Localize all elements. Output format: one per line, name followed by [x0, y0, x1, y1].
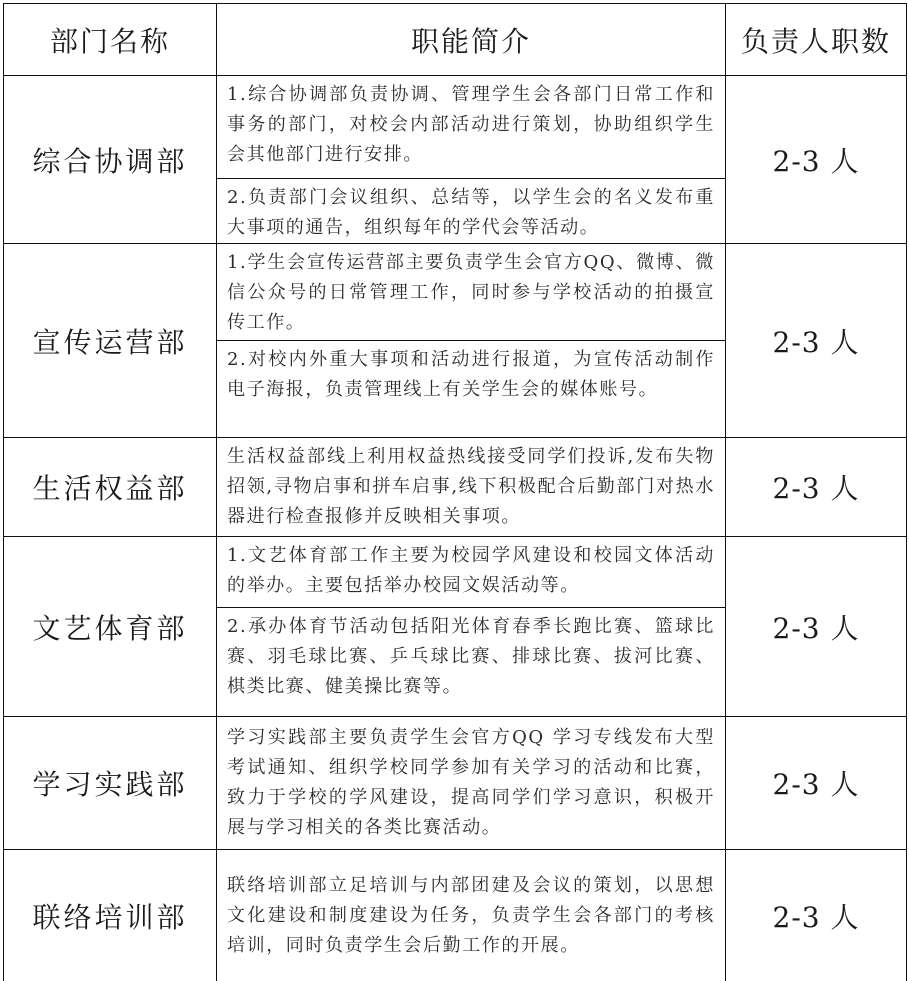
leader-count: 2-3 人: [726, 76, 907, 244]
department-table: 部门名称 职能简介 负责人职数 综合协调部 1.综合协调部负责协调、管理学生会各…: [3, 3, 907, 981]
header-dept: 部门名称: [4, 4, 217, 76]
table-row: 联络培训部 联络培训部立足培训与内部团建及会议的策划，以思想文化建设和制度建设为…: [4, 850, 907, 981]
leader-count: 2-3 人: [726, 850, 907, 981]
dept-name: 宣传运营部: [4, 244, 217, 438]
table-row: 综合协调部 1.综合协调部负责协调、管理学生会各部门日常工作和事务的部门，对校会…: [4, 76, 907, 244]
header-count: 负责人职数: [726, 4, 907, 76]
description-item: 1.综合协调部负责协调、管理学生会各部门日常工作和事务的部门，对校会内部活动进行…: [217, 76, 725, 178]
dept-description: 1.综合协调部负责协调、管理学生会各部门日常工作和事务的部门，对校会内部活动进行…: [217, 76, 726, 244]
dept-description: 联络培训部立足培训与内部团建及会议的策划，以思想文化建设和制度建设为任务，负责学…: [217, 850, 726, 981]
table-row: 文艺体育部 1.文艺体育部工作主要为校园学风建设和校园文体活动的举办。主要包括举…: [4, 537, 907, 717]
dept-name: 生活权益部: [4, 438, 217, 537]
leader-count: 2-3 人: [726, 438, 907, 537]
dept-description: 学习实践部主要负责学生会官方QQ 学习专线发布大型考试通知、组织学校同学参加有关…: [217, 717, 726, 850]
header-row: 部门名称 职能简介 负责人职数: [4, 4, 907, 76]
description-item: 1.文艺体育部工作主要为校园学风建设和校园文体活动的举办。主要包括举办校园文娱活…: [217, 537, 725, 607]
dept-name: 综合协调部: [4, 76, 217, 244]
description-item: 2.负责部门会议组织、总结等，以学生会的名义发布重大事项的通告，组织每年的学代会…: [217, 178, 725, 243]
leader-count: 2-3 人: [726, 244, 907, 438]
leader-count: 2-3 人: [726, 537, 907, 717]
leader-count: 2-3 人: [726, 717, 907, 850]
dept-description: 1.学生会宣传运营部主要负责学生会官方QQ、微博、微信公众号的日常管理工作，同时…: [217, 244, 726, 438]
dept-description: 生活权益部线上利用权益热线接受同学们投诉,发布失物招领,寻物启事和拼车启事,线下…: [217, 438, 726, 537]
table-row: 宣传运营部 1.学生会宣传运营部主要负责学生会官方QQ、微博、微信公众号的日常管…: [4, 244, 907, 438]
table-row: 学习实践部 学习实践部主要负责学生会官方QQ 学习专线发布大型考试通知、组织学校…: [4, 717, 907, 850]
description-item: 2.承办体育节活动包括阳光体育春季长跑比赛、篮球比赛、羽毛球比赛、乒乓球比赛、排…: [217, 607, 725, 716]
description-item: 2.对校内外重大事项和活动进行报道，为宣传活动制作电子海报，负责管理线上有关学生…: [217, 340, 725, 437]
dept-name: 联络培训部: [4, 850, 217, 981]
dept-name: 学习实践部: [4, 717, 217, 850]
dept-description: 1.文艺体育部工作主要为校园学风建设和校园文体活动的举办。主要包括举办校园文娱活…: [217, 537, 726, 717]
header-function: 职能简介: [217, 4, 726, 76]
description-item: 1.学生会宣传运营部主要负责学生会官方QQ、微博、微信公众号的日常管理工作，同时…: [217, 244, 725, 340]
dept-name: 文艺体育部: [4, 537, 217, 717]
table-row: 生活权益部 生活权益部线上利用权益热线接受同学们投诉,发布失物招领,寻物启事和拼…: [4, 438, 907, 537]
